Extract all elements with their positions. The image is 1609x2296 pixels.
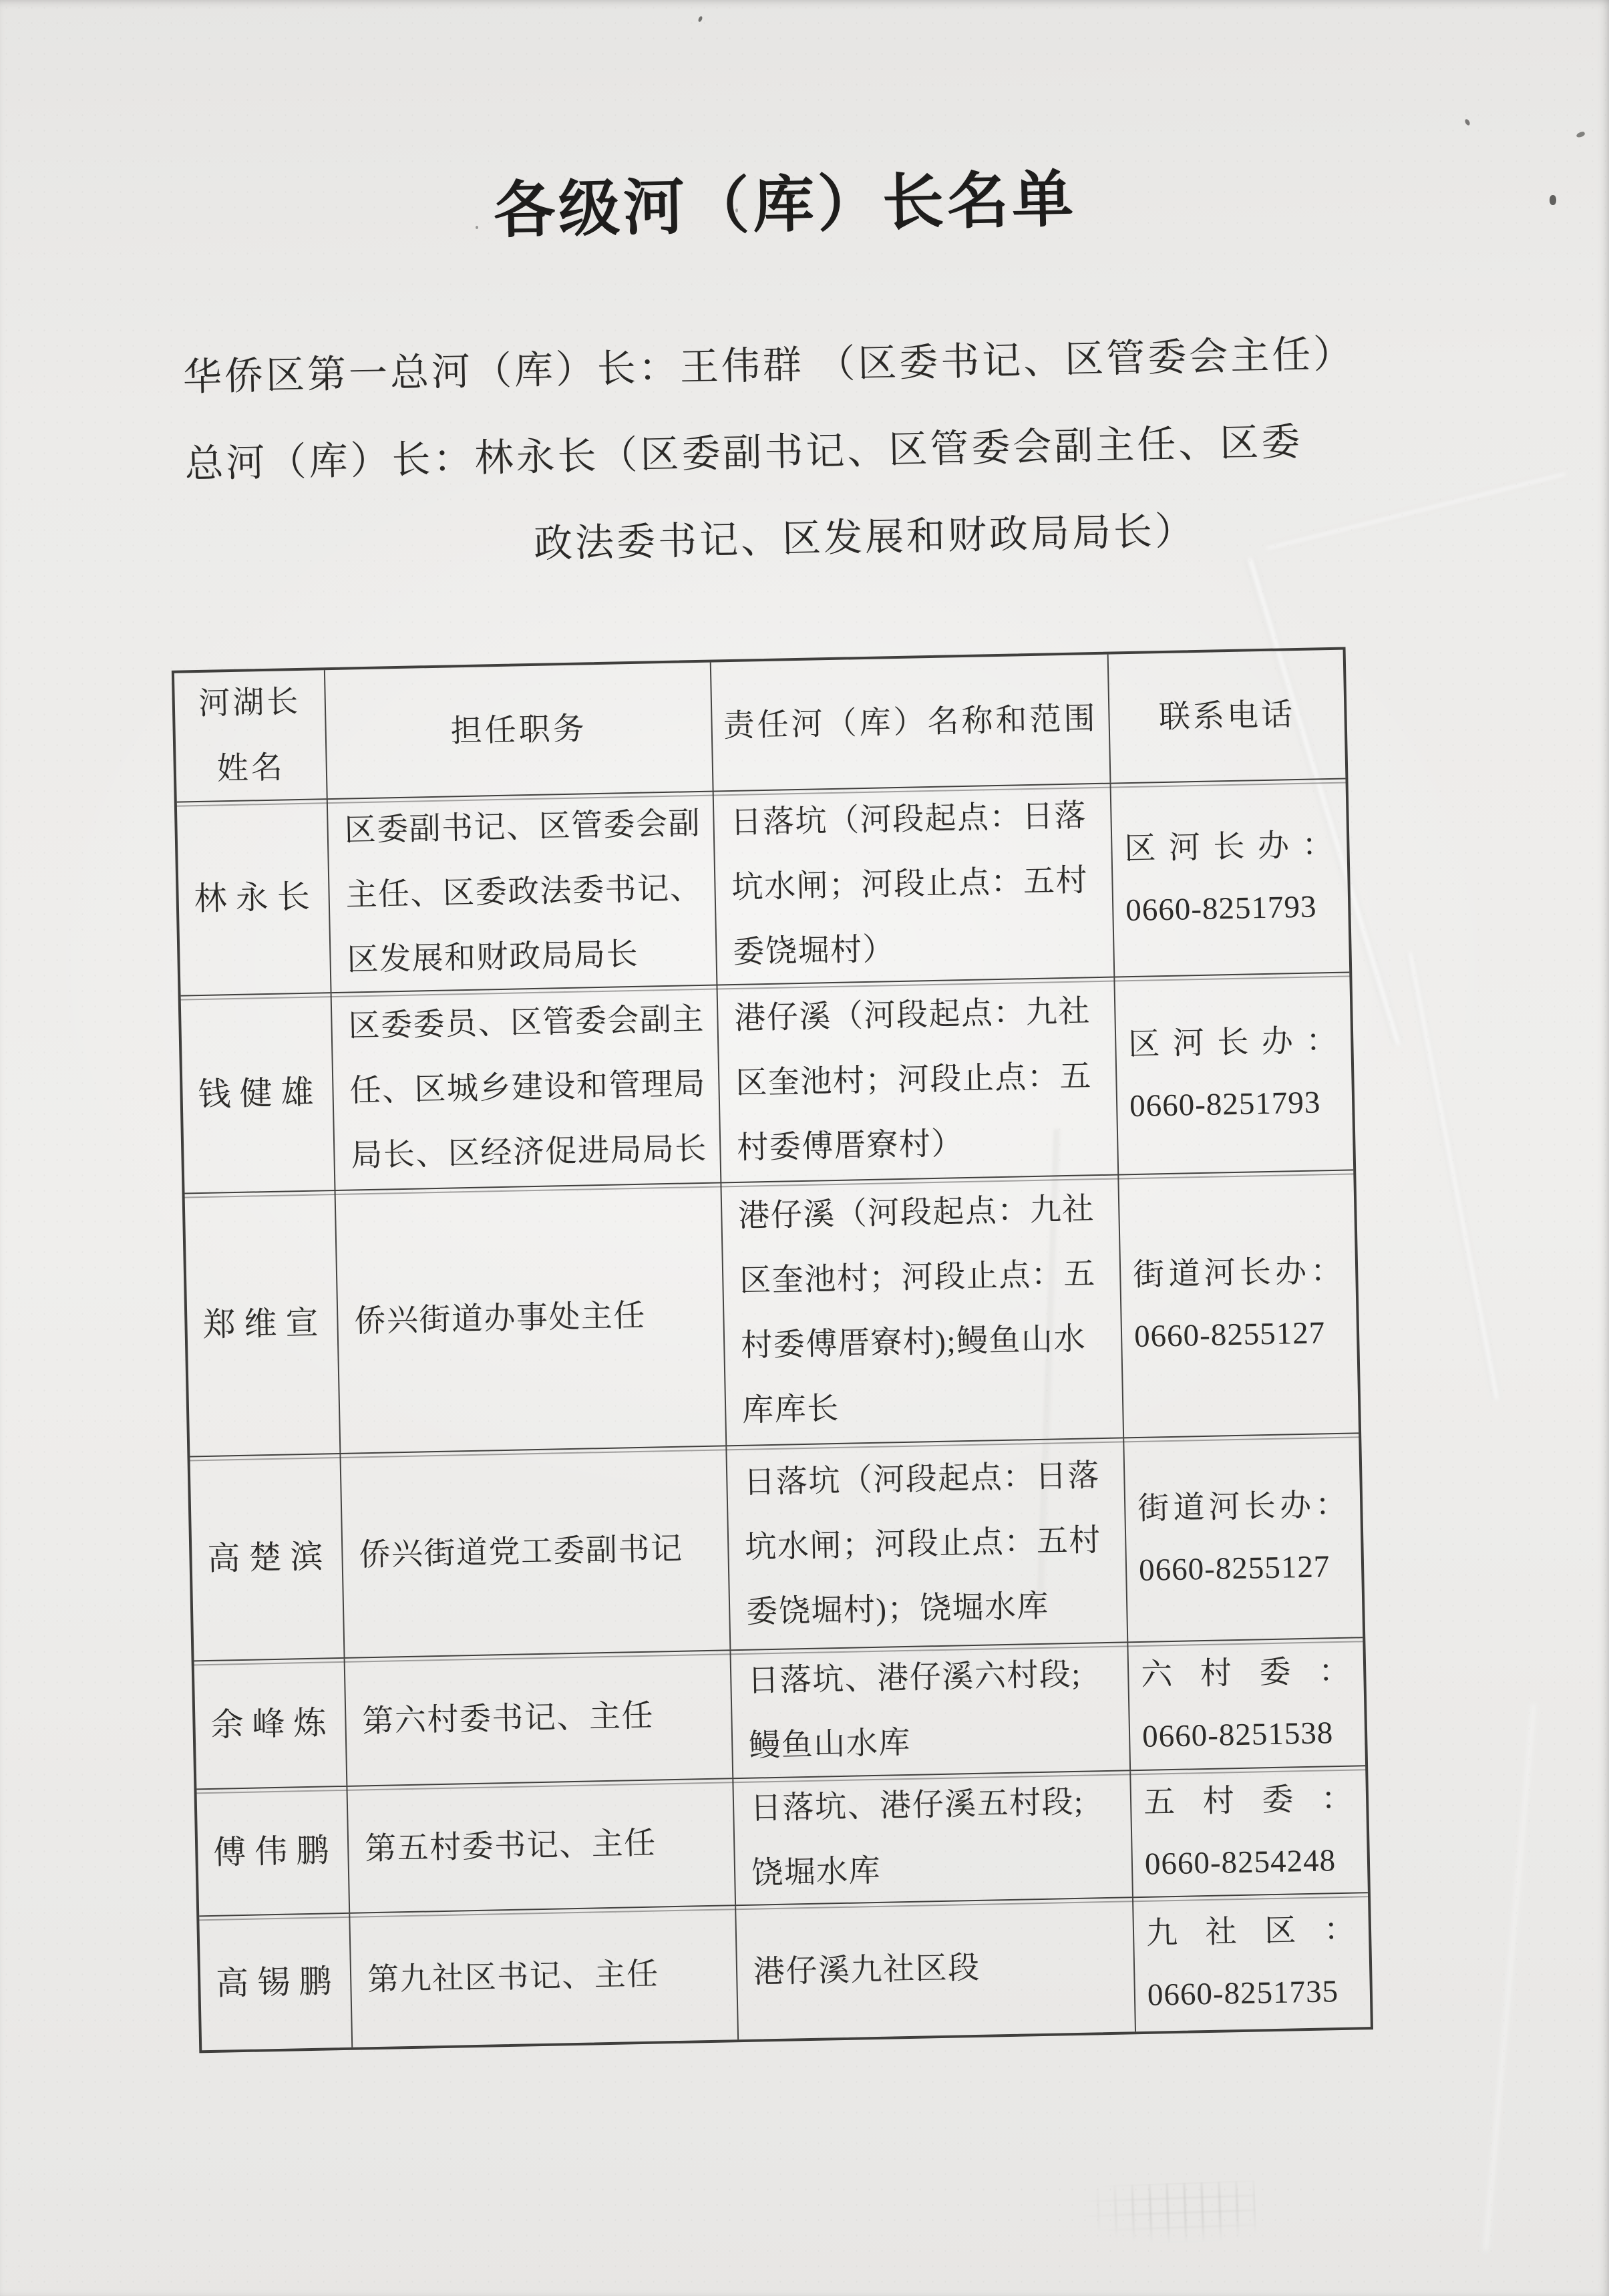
chief-river: 日落坑（河段起点：日落 坑水闸；河段止点：五村 委饶堀村）	[713, 784, 1114, 985]
chief-phone: 街道河长办： 0660-8255127	[1117, 1170, 1359, 1437]
intro-paragraph: 华侨区第一总河（库）长：王伟群 （区委书记、区管委会主任） 总河（库）长：林永长…	[182, 306, 1597, 595]
river-chiefs-table: 河湖长 姓名 担任职务 责任河（库）名称和范围 联系电话 林永长 区委副书记、区…	[172, 647, 1373, 2053]
chief-name: 钱健雄	[181, 993, 335, 1192]
table-row: 郑维宣 侨兴街道办事处主任 港仔溪（河段起点：九社 区奎池村；河段止点：五 村委…	[185, 1169, 1359, 1456]
chief-name: 高锡鹏	[199, 1914, 351, 2050]
chief-position: 第六村委书记、主任	[344, 1651, 733, 1786]
document-content: 各级河（库）长名单 华侨区第一总河（库）长：王伟群 （区委书记、区管委会主任） …	[0, 0, 1609, 2057]
ink-bleedthrough	[1081, 2180, 1257, 2246]
chief-river: 日落坑、港仔溪六村段; 鳗鱼山水库	[729, 1643, 1129, 1778]
chief-position: 第五村委书记、主任	[346, 1779, 735, 1913]
chief-position: 侨兴街道党工委副书记	[339, 1446, 729, 1657]
phone-number: 0660-8251793	[1129, 1083, 1340, 1126]
chief-name: 林永长	[177, 800, 331, 995]
phone-office-label: 街道河长办：	[1133, 1252, 1344, 1295]
phone-number: 0660-8251735	[1147, 1972, 1358, 2015]
chief-name: 高楚滨	[190, 1454, 343, 1660]
chief-river: 日落坑、港仔溪五村段; 饶堀水库	[732, 1771, 1132, 1905]
document-title: 各级河（库）长名单	[0, 152, 1590, 258]
table-row: 高锡鹏 第九社区书记、主任 港仔溪九社区段 九社区： 0660-8251735	[199, 1892, 1371, 2050]
header-river-label: 责任河（库）名称和范围	[723, 686, 1099, 758]
chief-phone: 区河长办： 0660-8251793	[1113, 973, 1353, 1174]
phone-number: 0660-8254248	[1144, 1841, 1355, 1884]
header-name-line1: 河湖长	[198, 675, 302, 731]
table-row: 钱健雄 区委委员、区管委会副主 任、区城乡建设和管理局 局长、区经济促进局局长 …	[181, 971, 1354, 1192]
chief-phone: 九社区： 0660-8251735	[1132, 1893, 1371, 2031]
header-position-label: 担任职务	[450, 697, 588, 764]
chief-river: 日落坑（河段起点：日落 坑水闸；河段止点：五村 委饶堀村)；饶堀水库	[725, 1438, 1127, 1649]
table-row: 余峰炼 第六村委书记、主任 日落坑、港仔溪六村段; 鳗鱼山水库 六村委： 066…	[194, 1637, 1366, 1788]
chief-position: 区委副书记、区管委会副 主任、区委政法委书记、 区发展和财政局局长	[327, 792, 717, 993]
chief-river: 港仔溪九社区段	[735, 1898, 1135, 2039]
header-cell-position: 担任职务	[324, 663, 713, 799]
chief-name: 傅伟鹏	[196, 1787, 349, 1915]
table-row: 傅伟鹏 第五村委书记、主任 日落坑、港仔溪五村段; 饶堀水库 五村委： 0660…	[196, 1765, 1367, 1915]
chief-name: 余峰炼	[194, 1659, 347, 1788]
phone-number: 0660-8251538	[1142, 1713, 1353, 1756]
chief-position: 区委委员、区管委会副主 任、区城乡建设和管理局 局长、区经济促进局局长	[331, 986, 721, 1190]
phone-number: 0660-8255127	[1134, 1313, 1345, 1356]
chief-river: 港仔溪（河段起点：九社 区奎池村；河段止点：五 村委傅厝寮村);鳗鱼山水 库库长	[720, 1176, 1123, 1446]
phone-office-label: 区河长办：	[1124, 826, 1335, 868]
chief-name: 郑维宣	[185, 1191, 340, 1456]
phone-office-label: 九社区：	[1145, 1911, 1357, 1953]
chief-phone: 五村委： 0660-8254248	[1129, 1766, 1368, 1897]
phone-number: 0660-8251793	[1125, 887, 1336, 930]
chief-phone: 六村委： 0660-8251538	[1127, 1638, 1365, 1770]
phone-office-label: 街道河长办：	[1137, 1486, 1349, 1528]
phone-number: 0660-8255127	[1139, 1547, 1350, 1590]
header-cell-name: 河湖长 姓名	[174, 670, 327, 801]
header-cell-river: 责任河（库）名称和范围	[710, 655, 1110, 791]
header-cell-phone: 联系电话	[1107, 650, 1346, 783]
scanned-document-page: 各级河（库）长名单 华侨区第一总河（库）长：王伟群 （区委书记、区管委会主任） …	[0, 0, 1609, 2296]
phone-office-label: 五村委：	[1143, 1780, 1355, 1822]
chief-river: 港仔溪（河段起点：九社 区奎池村；河段止点：五 村委傅厝寮村）	[716, 978, 1117, 1182]
chief-phone: 街道河长办： 0660-8255127	[1123, 1434, 1363, 1641]
table-row: 高楚滨 侨兴街道党工委副书记 日落坑（河段起点：日落 坑水闸；河段止点：五村 委…	[190, 1432, 1363, 1660]
phone-office-label: 区河长办：	[1128, 1021, 1339, 1064]
phone-office-label: 六村委：	[1141, 1652, 1352, 1695]
chief-position: 第九社区书记、主任	[349, 1906, 737, 2047]
chief-phone: 区河长办： 0660-8251793	[1110, 780, 1350, 977]
header-phone-label: 联系电话	[1158, 683, 1296, 750]
table-row: 林永长 区委副书记、区管委会副 主任、区委政法委书记、 区发展和财政局局长 日落…	[177, 778, 1349, 995]
header-name-line2: 姓名	[216, 741, 286, 796]
table-header-row: 河湖长 姓名 担任职务 责任河（库）名称和范围 联系电话	[174, 650, 1346, 802]
chief-position: 侨兴街道办事处主任	[335, 1183, 726, 1453]
